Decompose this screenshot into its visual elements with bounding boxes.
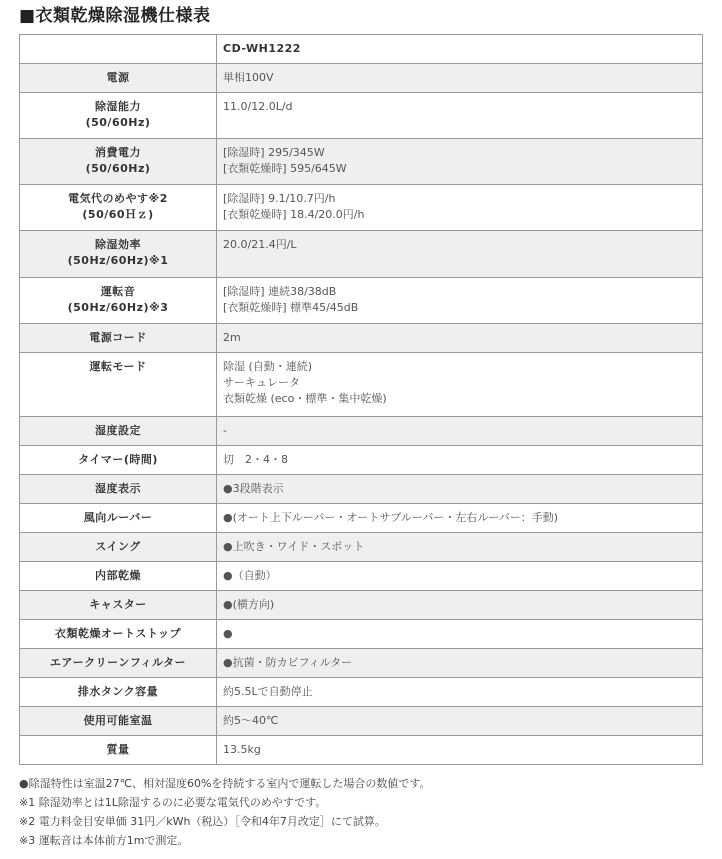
spec-label-cell: 除湿効率(50Hz/60Hz)※1 [20,231,217,278]
header-label-cell [20,35,217,64]
spec-value: ●3段階表示 [223,481,696,497]
spec-value: [除湿時] 連続38/38dB [223,284,696,300]
model-name: CD-WH1222 [217,35,703,64]
spec-label: 電源 [26,70,210,86]
spec-table: CD-WH1222 電源単相100V除湿能力(50/60Hz)11.0/12.0… [19,34,703,765]
table-row: 消費電力(50/60Hz)[除湿時] 295/345W[衣類乾燥時] 595/6… [20,139,703,185]
spec-value: - [223,423,696,439]
footnote-2: ※2 電力料金目安単価 31円／kWh（税込）［令和4年7月改定］にて試算。 [19,812,431,831]
spec-value: サーキュレータ [223,375,696,391]
spec-value: 約5～40℃ [223,713,696,729]
spec-value-cell: ●(横方向) [217,591,703,620]
spec-label: 風向ルーバー [26,510,210,526]
spec-label-cell: タイマー(時間) [20,446,217,475]
spec-value-cell: 20.0/21.4円/L [217,231,703,278]
spec-value: 切 2・4・8 [223,452,696,468]
spec-label: 内部乾燥 [26,568,210,584]
spec-value: ●(オート上下ルーバー・オートサブルーバー・左右ルーバー：手動) [223,510,696,526]
spec-value-cell: ● [217,620,703,649]
spec-label-cell: 除湿能力(50/60Hz) [20,93,217,139]
spec-label-cell: 電源 [20,64,217,93]
table-row: 湿度設定- [20,417,703,446]
table-row: 衣類乾燥オートストップ● [20,620,703,649]
table-row: 質量13.5kg [20,736,703,765]
spec-label: 使用可能室温 [26,713,210,729]
spec-value: [衣類乾燥時] 595/645W [223,161,696,177]
spec-value-cell: ●（自動） [217,562,703,591]
spec-value: [衣類乾燥時] 標準45/45dB [223,300,696,316]
spec-label-cell: スイング [20,533,217,562]
spec-label-cell: 消費電力(50/60Hz) [20,139,217,185]
spec-label: 湿度設定 [26,423,210,439]
spec-value-cell: [除湿時] 連続38/38dB[衣類乾燥時] 標準45/45dB [217,278,703,324]
spec-value-cell: 除湿 (自動・連続)サーキュレータ衣類乾燥 (eco・標準・集中乾燥) [217,353,703,417]
spec-label: 除湿能力 [26,99,210,115]
spec-label: (50/60Hz) [26,161,210,177]
footnote-general: ●除湿特性は室温27℃、相対湿度60%を持続する室内で運転した場合の数値です。 [19,774,431,793]
table-header-row: CD-WH1222 [20,35,703,64]
table-row: スイング●上吹き・ワイド・スポット [20,533,703,562]
spec-value: 2m [223,330,696,346]
spec-value-cell: 2m [217,324,703,353]
spec-label: (50Hz/60Hz)※3 [26,300,210,316]
spec-value-cell: 11.0/12.0L/d [217,93,703,139]
table-row: 使用可能室温約5～40℃ [20,707,703,736]
spec-label-cell: 使用可能室温 [20,707,217,736]
spec-value-cell: ●上吹き・ワイド・スポット [217,533,703,562]
table-row: 湿度表示●3段階表示 [20,475,703,504]
table-row: 風向ルーバー●(オート上下ルーバー・オートサブルーバー・左右ルーバー：手動) [20,504,703,533]
table-row: タイマー(時間)切 2・4・8 [20,446,703,475]
spec-label-cell: 排水タンク容量 [20,678,217,707]
spec-label-cell: 電気代のめやす※2(50/60Ｈｚ) [20,185,217,231]
spec-label: 運転音 [26,284,210,300]
spec-value: 単相100V [223,70,696,86]
spec-value-cell: ●(オート上下ルーバー・オートサブルーバー・左右ルーバー：手動) [217,504,703,533]
spec-label-cell: 内部乾燥 [20,562,217,591]
spec-value: ● [223,626,696,642]
spec-label-cell: 運転音(50Hz/60Hz)※3 [20,278,217,324]
spec-value: 衣類乾燥 (eco・標準・集中乾燥) [223,391,696,407]
spec-label: 電気代のめやす※2 [26,191,210,207]
spec-value: [除湿時] 295/345W [223,145,696,161]
spec-value-cell: [除湿時] 9.1/10.7円/h[衣類乾燥時] 18.4/20.0円/h [217,185,703,231]
spec-label: (50Hz/60Hz)※1 [26,253,210,269]
table-row: 電源単相100V [20,64,703,93]
spec-label: スイング [26,539,210,555]
spec-label-cell: 衣類乾燥オートストップ [20,620,217,649]
page-title: ■衣類乾燥除湿機仕様表 [19,5,211,27]
spec-value-cell: 単相100V [217,64,703,93]
spec-value-cell: 13.5kg [217,736,703,765]
spec-label-cell: 風向ルーバー [20,504,217,533]
spec-value-cell: - [217,417,703,446]
spec-value: 11.0/12.0L/d [223,99,696,115]
table-row: 電気代のめやす※2(50/60Ｈｚ)[除湿時] 9.1/10.7円/h[衣類乾燥… [20,185,703,231]
spec-label: 運転モード [26,359,210,375]
spec-label: タイマー(時間) [26,452,210,468]
spec-label-cell: 電源コード [20,324,217,353]
table-row: キャスター●(横方向) [20,591,703,620]
spec-value-cell: 切 2・4・8 [217,446,703,475]
spec-label: キャスター [26,597,210,613]
spec-value: ●(横方向) [223,597,696,613]
spec-label-cell: キャスター [20,591,217,620]
spec-label-cell: 湿度設定 [20,417,217,446]
spec-value: [衣類乾燥時] 18.4/20.0円/h [223,207,696,223]
spec-label-cell: エアークリーンフィルター [20,649,217,678]
spec-label: 湿度表示 [26,481,210,497]
table-row: 除湿効率(50Hz/60Hz)※120.0/21.4円/L [20,231,703,278]
spec-label-cell: 運転モード [20,353,217,417]
spec-value: 除湿 (自動・連続) [223,359,696,375]
spec-label: (50/60Ｈｚ) [26,207,210,223]
spec-value: 13.5kg [223,742,696,758]
spec-label: 消費電力 [26,145,210,161]
spec-value: 20.0/21.4円/L [223,237,696,253]
spec-value: ●上吹き・ワイド・スポット [223,539,696,555]
spec-label: (50/60Hz) [26,115,210,131]
spec-label-cell: 湿度表示 [20,475,217,504]
spec-label: 電源コード [26,330,210,346]
spec-label: エアークリーンフィルター [26,655,210,671]
footnote-3: ※3 運転音は本体前方1mで測定。 [19,831,431,850]
spec-value-cell: 約5～40℃ [217,707,703,736]
spec-label-cell: 質量 [20,736,217,765]
spec-value-cell: ●抗菌・防カビフィルター [217,649,703,678]
spec-label: 衣類乾燥オートストップ [26,626,210,642]
spec-label: 質量 [26,742,210,758]
footnote-1: ※1 除湿効率とは1L除湿するのに必要な電気代のめやすです。 [19,793,431,812]
spec-table-body: CD-WH1222 電源単相100V除湿能力(50/60Hz)11.0/12.0… [20,35,703,765]
table-row: 排水タンク容量約5.5Lで自動停止 [20,678,703,707]
spec-value-cell: ●3段階表示 [217,475,703,504]
spec-value: ●（自動） [223,568,696,584]
footnotes: ●除湿特性は室温27℃、相対湿度60%を持続する室内で運転した場合の数値です。 … [19,774,431,850]
spec-value: ●抗菌・防カビフィルター [223,655,696,671]
spec-value: 約5.5Lで自動停止 [223,684,696,700]
table-row: 内部乾燥●（自動） [20,562,703,591]
table-row: 運転音(50Hz/60Hz)※3[除湿時] 連続38/38dB[衣類乾燥時] 標… [20,278,703,324]
table-row: エアークリーンフィルター●抗菌・防カビフィルター [20,649,703,678]
table-row: 電源コード2m [20,324,703,353]
spec-label: 除湿効率 [26,237,210,253]
spec-value: [除湿時] 9.1/10.7円/h [223,191,696,207]
spec-value-cell: 約5.5Lで自動停止 [217,678,703,707]
table-row: 運転モード除湿 (自動・連続)サーキュレータ衣類乾燥 (eco・標準・集中乾燥) [20,353,703,417]
table-row: 除湿能力(50/60Hz)11.0/12.0L/d [20,93,703,139]
spec-label: 排水タンク容量 [26,684,210,700]
spec-value-cell: [除湿時] 295/345W[衣類乾燥時] 595/645W [217,139,703,185]
